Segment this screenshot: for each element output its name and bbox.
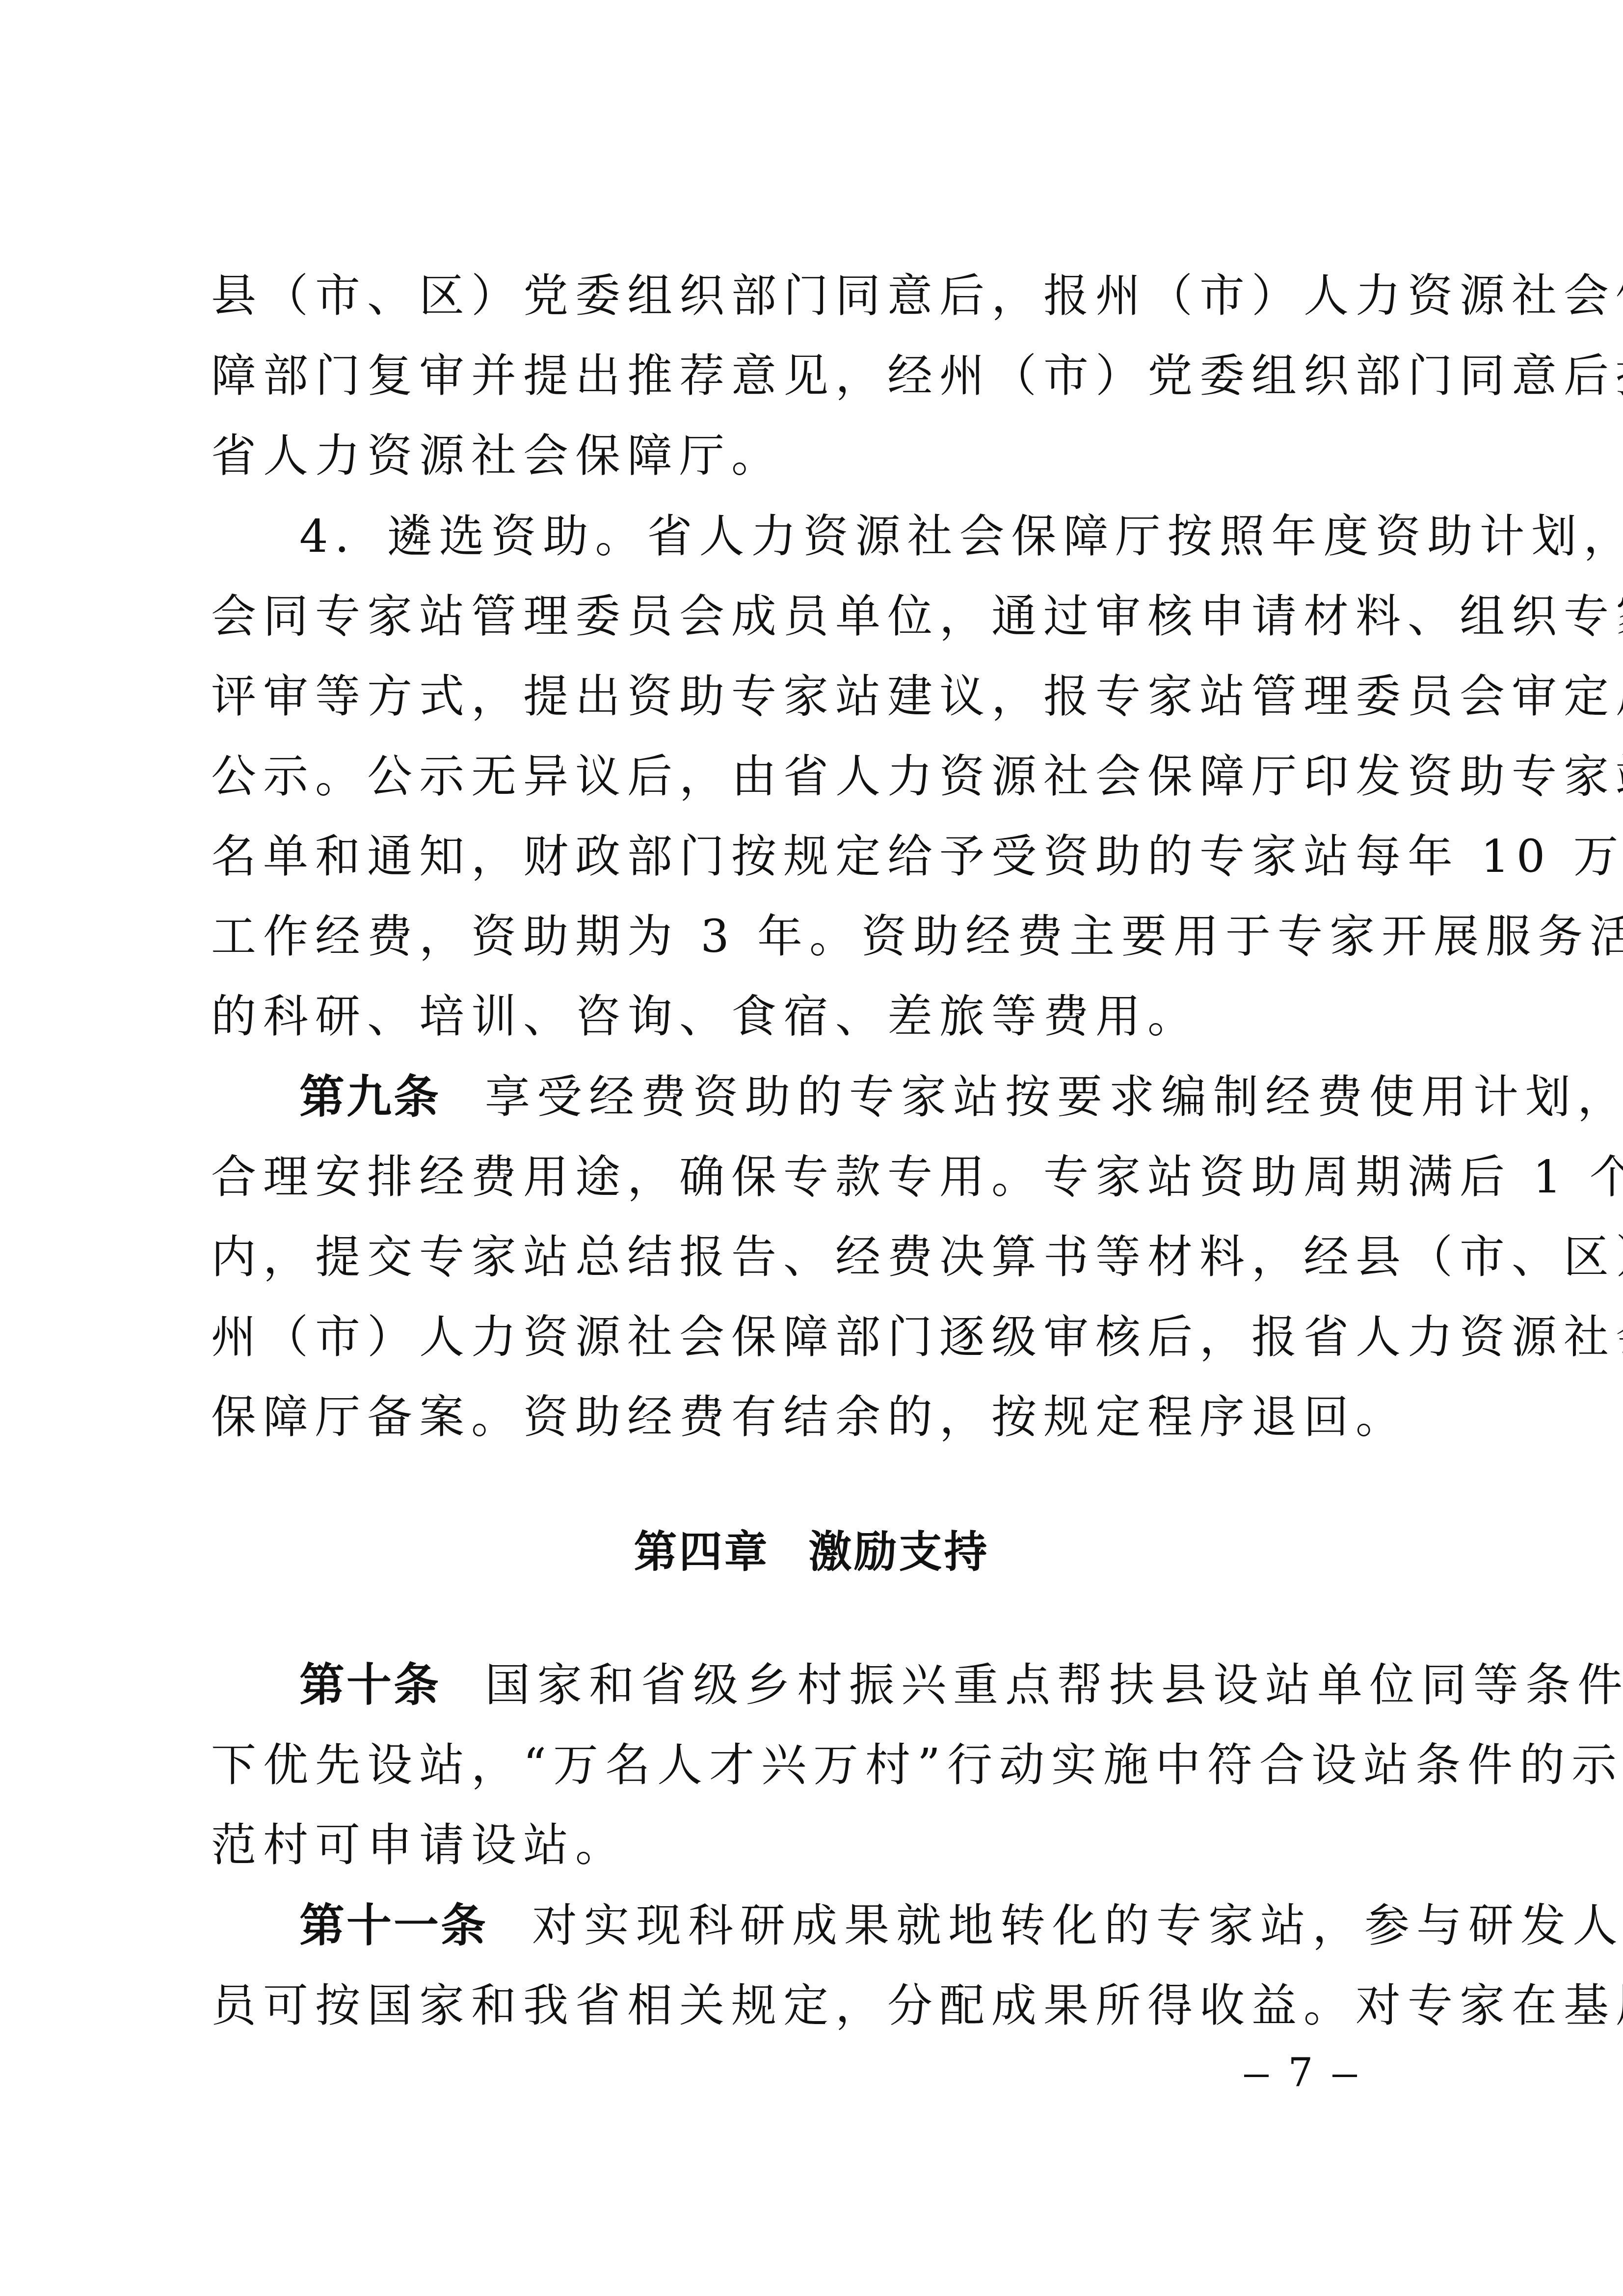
- body-text-line: 合理安排经费用途，确保专款专用。专家站资助周期满后 1 个月: [211, 1150, 1423, 1204]
- dash-left: [1244, 2075, 1269, 2077]
- body-text-line: 省人力资源社会保障厅。: [211, 429, 1423, 483]
- dash-right: [1332, 2075, 1357, 2077]
- body-text-line: 工作经费，资助期为 3 年。资助经费主要用于专家开展服务活动: [211, 910, 1423, 964]
- article-text: 享受经费资助的专家站按要求编制经费使用计划，: [485, 1071, 1623, 1123]
- article-label: 第九条: [299, 1071, 441, 1123]
- body-text-line: 名单和通知，财政部门按规定给予受资助的专家站每年 10 万元: [211, 830, 1423, 884]
- document-page: 县（市、区）党委组织部门同意后，报州（市）人力资源社会保 障部门复审并提出推荐意…: [0, 0, 1623, 2296]
- chapter-heading: 第四章激励支持: [0, 1525, 1623, 1579]
- article-label: 第十条: [299, 1659, 441, 1711]
- article-label: 第十一条: [299, 1899, 488, 1952]
- body-text-line: 公示。公示无异议后，由省人力资源社会保障厅印发资助专家站: [211, 750, 1423, 804]
- page-number: 7: [1197, 2048, 1404, 2097]
- chapter-title: 激励支持: [809, 1526, 989, 1577]
- page-number-value: 7: [1288, 2050, 1313, 2095]
- body-text-line: 县（市、区）党委组织部门同意后，报州（市）人力资源社会保: [211, 269, 1423, 323]
- list-item-4-first-line: 4．遴选资助。省人力资源社会保障厅按照年度资助计划，: [299, 510, 1423, 564]
- article-11-first-line: 第十一条对实现科研成果就地转化的专家站，参与研发人: [299, 1899, 1423, 1953]
- body-text-line: 障部门复审并提出推荐意见，经州（市）党委组织部门同意后报: [211, 349, 1423, 403]
- article-text: 国家和省级乡村振兴重点帮扶县设站单位同等条件: [485, 1659, 1623, 1711]
- article-text: 对实现科研成果就地转化的专家站，参与研发人: [532, 1899, 1623, 1952]
- body-text-line: 评审等方式，提出资助专家站建议，报专家站管理委员会审定后: [211, 670, 1423, 724]
- body-text-line: 的科研、培训、咨询、食宿、差旅等费用。: [211, 990, 1423, 1044]
- body-text-line: 员可按国家和我省相关规定，分配成果所得收益。对专家在基层: [211, 1979, 1423, 2033]
- article-10-first-line: 第十条国家和省级乡村振兴重点帮扶县设站单位同等条件: [299, 1658, 1423, 1712]
- body-text-line: 内，提交专家站总结报告、经费决算书等材料，经县（市、区）、: [211, 1230, 1423, 1284]
- body-text-line: 州（市）人力资源社会保障部门逐级审核后，报省人力资源社会: [211, 1310, 1423, 1364]
- article-9-first-line: 第九条享受经费资助的专家站按要求编制经费使用计划，: [299, 1070, 1423, 1124]
- body-text-line: 范村可申请设站。: [211, 1818, 1423, 1872]
- body-text-line: 保障厅备案。资助经费有结余的，按规定程序退回。: [211, 1390, 1423, 1444]
- body-text-line: 下优先设站，“万名人才兴万村”行动实施中符合设站条件的示: [211, 1738, 1423, 1792]
- chapter-number: 第四章: [634, 1526, 769, 1577]
- body-text-line: 会同专家站管理委员会成员单位，通过审核申请材料、组织专家: [211, 590, 1423, 644]
